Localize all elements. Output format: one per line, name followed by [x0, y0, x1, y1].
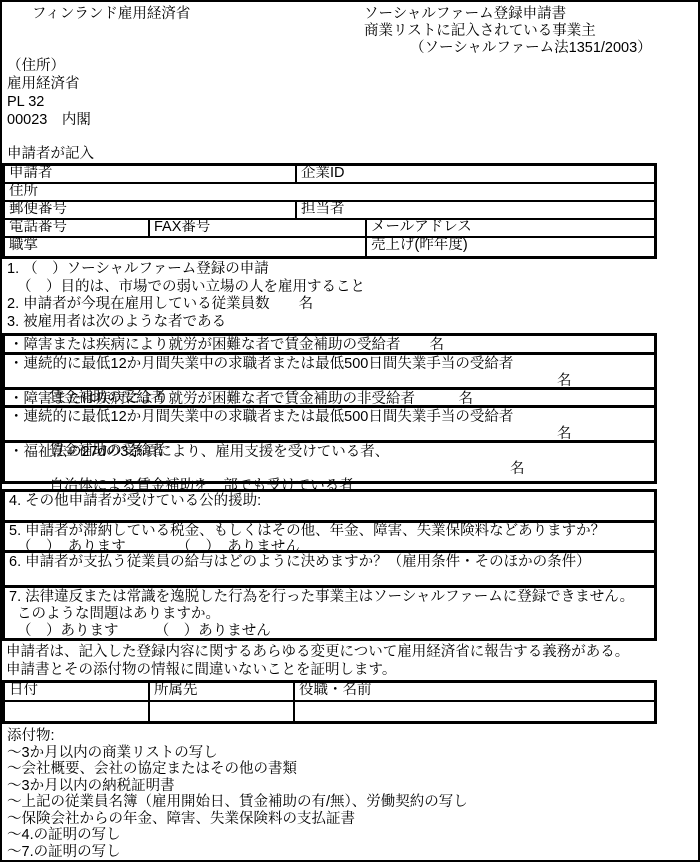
- question-5-text: 5. 申請者が滞納している税金、もしくはその他、年金、障害、失業保険料などありま…: [9, 524, 654, 540]
- table-row: 職掌 売上げ(昨年度): [5, 238, 654, 256]
- item1-registration: 1. （ ）ソーシャルファーム登録の申請: [7, 261, 698, 279]
- employee-type-row: ・連続的に最低12か月間失業中の求職者または最低500日間失業手当の受給者 賃金…: [2, 405, 657, 443]
- field-revenue: 売上げ(昨年度): [367, 238, 654, 256]
- form-subtitle: 商業リストに記入されている事業主: [364, 23, 698, 40]
- field-address: 住所: [5, 184, 654, 200]
- question-boxes: 4. その他申請者が受けている公的援助: 5. 申請者が滞納している税金、もしく…: [2, 489, 698, 641]
- table-row: 日付 所属先 役職・名前: [5, 683, 654, 702]
- field-email: メールアドレス: [367, 220, 654, 236]
- employee-type-text: ・福祉法の27dの3条項により、雇用支援を受けている者、: [9, 444, 654, 461]
- attachment-item: ～保険会社からの年金、障害、失業保険料の支払証書: [7, 811, 698, 828]
- question-6: 6. 申請者が支払う従業員の給与はどのように決めますか？（雇用条件・そのほかの条…: [2, 550, 657, 588]
- question-7: 7. 法律違反または常識を逸脱した行為を行った事業主はソーシャルファームに登録で…: [2, 585, 657, 641]
- attachment-item: ～3か月以内の納税証明書: [7, 778, 698, 795]
- attachment-item: ～4.の証明の写し: [7, 827, 698, 844]
- field-duties: 職掌: [5, 238, 367, 256]
- application-items: 1. （ ）ソーシャルファーム登録の申請 （ ）目的は、市場での弱い立場の人を雇…: [7, 261, 698, 331]
- field-company-id: 企業ID: [297, 166, 654, 182]
- employee-type-list: ・障害または疾病により就労が困難な者で賃金補助の受給者 名 ・連続的に最低12か…: [2, 333, 698, 484]
- employee-type-text: ・連続的に最低12か月間失業中の求職者または最低500日間失業手当の受給者: [9, 409, 654, 426]
- question-7-text-line2: このような問題はありますか。: [9, 606, 654, 623]
- address-block: （住所） 雇用経済省 PL 32 00023 内閣: [7, 57, 698, 129]
- declaration: 申請者は、記入した登録内容に関するあらゆる変更について雇用経済省に報告する義務が…: [6, 644, 698, 679]
- address-pobox: PL 32: [7, 93, 698, 111]
- field-position-name-blank: [295, 702, 654, 721]
- item3-employee-types-heading: 3. 被雇用者は次のような者である: [7, 314, 698, 332]
- ministry-name: フィンランド雇用経済省: [32, 6, 190, 57]
- signature-table: 日付 所属先 役職・名前: [2, 680, 657, 724]
- field-affiliation: 所属先: [150, 683, 295, 700]
- question-7-options: （ ）あります （ ）ありません: [9, 623, 654, 640]
- field-phone: 電話番号: [5, 220, 150, 236]
- table-row: 郵便番号 担当者: [5, 202, 654, 220]
- question-5: 5. 申請者が滞納している税金、もしくはその他、年金、障害、失業保険料などありま…: [2, 520, 657, 553]
- field-position-name: 役職・名前: [295, 683, 654, 700]
- table-row: [5, 702, 654, 721]
- field-date: 日付: [5, 683, 150, 700]
- form-page: フィンランド雇用経済省 ソーシャルファーム登録申請書 商業リストに記入されている…: [0, 0, 700, 862]
- attachments-title: 添付物:: [7, 728, 698, 745]
- employee-type-row: ・連続的に最低12か月間失業中の求職者または最低500日間失業手当の受給者 賃金…: [2, 352, 657, 390]
- header: フィンランド雇用経済省 ソーシャルファーム登録申請書 商業リストに記入されている…: [2, 6, 698, 57]
- applicant-table: 申請者 企業ID 住所 郵便番号 担当者 電話番号 FAX番号 メールアドレス …: [2, 163, 657, 259]
- address-dept: 雇用経済省: [7, 75, 698, 93]
- field-postal-code: 郵便番号: [5, 202, 297, 218]
- employee-type-text: ・連続的に最低12か月間失業中の求職者または最低500日間失業手当の受給者: [9, 356, 654, 373]
- attachment-item: ～7.の証明の写し: [7, 844, 698, 861]
- question-7-text: 7. 法律違反または常識を逸脱した行為を行った事業主はソーシャルファームに登録で…: [9, 589, 654, 606]
- address-postal-city: 00023 内閣: [7, 111, 698, 129]
- fill-note: 申請者が記入: [7, 146, 698, 163]
- form-title: ソーシャルファーム登録申請書: [364, 6, 698, 23]
- field-date-blank: [5, 702, 150, 721]
- attachment-item: ～3か月以内の商業リストの写し: [7, 745, 698, 762]
- employee-type-row: ・福祉法の27dの3条項により、雇用支援を受けている者、 自治体による賃金補助を…: [2, 440, 657, 484]
- form-title-block: ソーシャルファーム登録申請書 商業リストに記入されている事業主 （ソーシャルファ…: [364, 6, 698, 57]
- field-applicant: 申請者: [5, 166, 297, 182]
- field-contact-person: 担当者: [297, 202, 654, 218]
- count-label: 名: [510, 461, 525, 478]
- address-label: （住所）: [7, 57, 698, 75]
- table-row: 申請者 企業ID: [5, 166, 654, 184]
- field-fax: FAX番号: [150, 220, 367, 236]
- question-4: 4. その他申請者が受けている公的援助:: [2, 489, 657, 523]
- declaration-line1: 申請者は、記入した登録内容に関するあらゆる変更について雇用経済省に報告する義務が…: [6, 644, 698, 662]
- question-4-text: 4. その他申請者が受けている公的援助:: [9, 493, 654, 510]
- item2-employee-count: 2. 申請者が今現在雇用している従業員数 名: [7, 296, 698, 314]
- form-law-reference: （ソーシャルファーム法1351/2003）: [364, 40, 698, 57]
- table-row: 住所: [5, 184, 654, 202]
- attachment-item: ～上記の従業員名簿（雇用開始日、賃金補助の有/無）、労働契約の写し: [7, 794, 698, 811]
- attachment-item: ～会社概要、会社の協定またはその他の書類: [7, 761, 698, 778]
- declaration-line2: 申請書とその添付物の情報に間違いないことを証明します。: [6, 662, 698, 680]
- question-6-text: 6. 申請者が支払う従業員の給与はどのように決めますか？（雇用条件・そのほかの条…: [9, 554, 654, 571]
- item1-purpose: （ ）目的は、市場での弱い立場の人を雇用すること: [7, 279, 698, 297]
- table-row: 電話番号 FAX番号 メールアドレス: [5, 220, 654, 238]
- attachments: 添付物: ～3か月以内の商業リストの写し ～会社概要、会社の協定またはその他の書…: [7, 728, 698, 860]
- field-affiliation-blank: [150, 702, 295, 721]
